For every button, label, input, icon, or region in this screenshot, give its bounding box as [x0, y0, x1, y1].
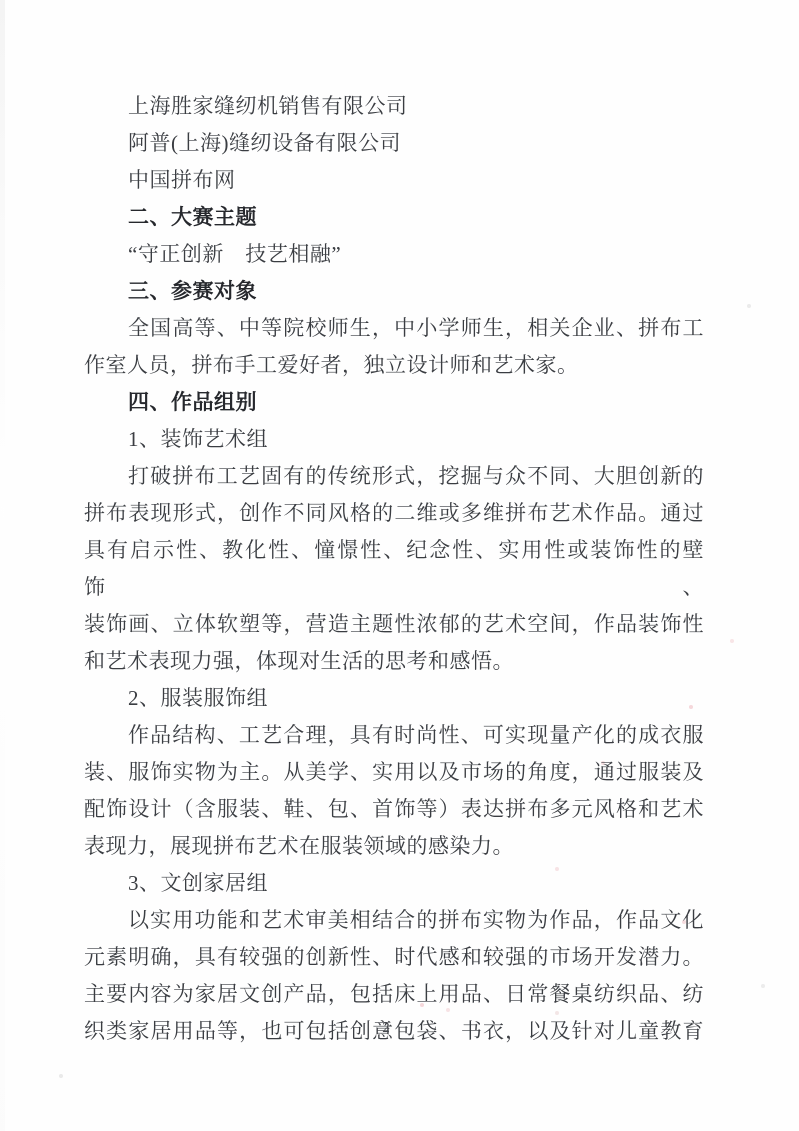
page-number: 2: [0, 1018, 772, 1038]
section-heading: 二、大赛主题: [84, 199, 704, 236]
text-line: 3、文创家居组: [84, 865, 704, 902]
text-line: 全国高等、中等院校师生，中小学师生，相关企业、拼布工: [84, 310, 704, 347]
text-line: 主要内容为家居文创产品，包括床上用品、日常餐桌纺织品、纺: [84, 976, 704, 1013]
text-line: 打破拼布工艺固有的传统形式，挖掘与众不同、大胆创新的: [84, 458, 704, 495]
text-line: “守正创新 技艺相融”: [84, 236, 704, 273]
text-line: 上海胜家缝纫机销售有限公司: [84, 88, 704, 125]
text-line: 和艺术表现力强，体现对生活的思考和感悟。: [84, 643, 704, 680]
text-line: 装饰画、立体软塑等，营造主题性浓郁的艺术空间，作品装饰性: [84, 606, 704, 643]
text-line: 表现力，展现拼布艺术在服装领域的感染力。: [84, 828, 704, 865]
text-line: 2、服装服饰组: [84, 680, 704, 717]
scan-noise-speckles: [0, 0, 2, 2]
text-line: 元素明确，具有较强的创新性、时代感和较强的市场开发潜力。: [84, 939, 704, 976]
document-text-block: 上海胜家缝纫机销售有限公司阿普(上海)缝纫设备有限公司中国拼布网二、大赛主题“守…: [84, 88, 704, 1050]
text-line: 装、服饰实物为主。从美学、实用以及市场的角度，通过服装及: [84, 754, 704, 791]
text-line: 中国拼布网: [84, 162, 704, 199]
text-line: 具有启示性、教化性、憧憬性、纪念性、实用性或装饰性的壁饰、: [84, 532, 704, 606]
text-line: 配饰设计（含服装、鞋、包、首饰等）表达拼布多元风格和艺术: [84, 791, 704, 828]
section-heading: 四、作品组别: [84, 384, 704, 421]
scan-edge-shading: [0, 0, 5, 1131]
text-line: 作室人员，拼布手工爱好者，独立设计师和艺术家。: [84, 347, 704, 384]
text-line: 1、装饰艺术组: [84, 421, 704, 458]
text-line: 拼布表现形式，创作不同风格的二维或多维拼布艺术作品。通过: [84, 495, 704, 532]
text-line: 以实用功能和艺术审美相结合的拼布实物为作品，作品文化: [84, 902, 704, 939]
text-line: 作品结构、工艺合理，具有时尚性、可实现量产化的成衣服: [84, 717, 704, 754]
text-line: 阿普(上海)缝纫设备有限公司: [84, 125, 704, 162]
section-heading: 三、参赛对象: [84, 273, 704, 310]
